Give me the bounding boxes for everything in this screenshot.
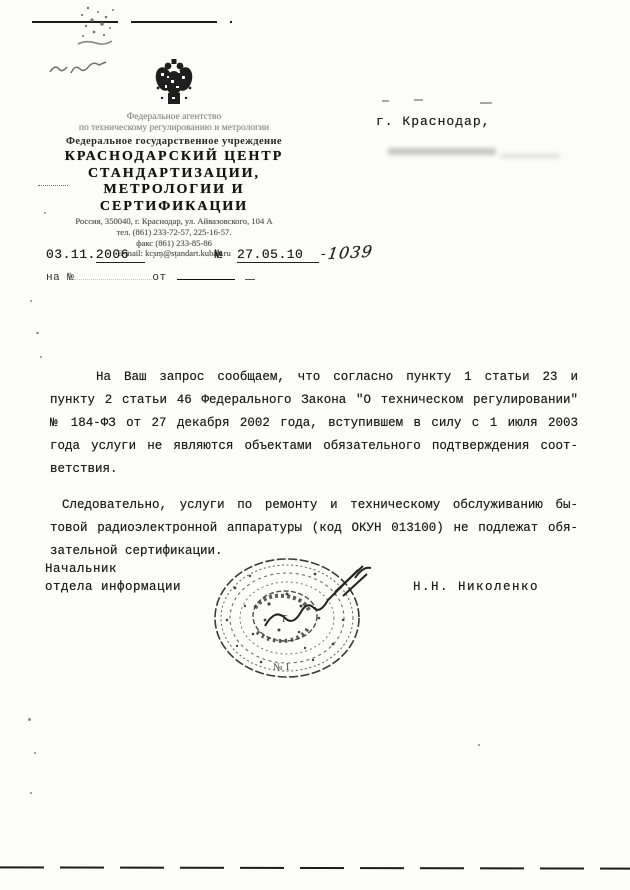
org-name-line2: СТАНДАРТИЗАЦИИ, <box>28 167 320 181</box>
reply-reference-row: на №от <box>46 272 255 284</box>
scan-speck <box>34 752 36 754</box>
reply-label: на № <box>46 272 74 284</box>
letter-date-prefix: 03.11. <box>46 247 96 262</box>
scan-speck <box>40 356 42 358</box>
body-line: ветствия. <box>50 458 578 481</box>
scan-smudge-top-left <box>58 2 168 58</box>
org-name-line3: МЕТРОЛОГИИ И <box>28 183 320 197</box>
scanned-letter-page: Федеральное агентство по техническому ре… <box>0 0 630 890</box>
scan-speck <box>478 744 480 746</box>
letterhead: Федеральное агентство по техническому ре… <box>28 55 320 259</box>
agency-name-line1: Федеральное агентство <box>28 112 320 123</box>
scan-speck <box>28 718 31 721</box>
reply-dash-mark <box>245 279 255 280</box>
signer-title-line2: отдела информации <box>45 578 181 596</box>
reply-of-label: от <box>152 272 166 284</box>
scan-speck <box>30 300 32 302</box>
agency-name-line2: по техническому регулированию и метролог… <box>28 123 320 134</box>
number-label: № <box>215 247 223 262</box>
body-line: пункту 2 статьи 46 Федерального Закона "… <box>50 389 578 412</box>
institution-type: Федеральное государственное учреждение <box>28 136 320 147</box>
scan-speck <box>36 332 39 334</box>
org-phone: тел. (861) 233-72-57, 225-16-57. <box>28 227 320 238</box>
body-line: года услуги не являются объектами обязат… <box>50 435 578 458</box>
recipient-faded-line <box>388 148 496 155</box>
org-name-line1: КРАСНОДАРСКИЙ ЦЕНТР <box>28 150 320 164</box>
body-line: Следовательно, услуги по ремонту и техни… <box>50 494 578 517</box>
body-line: № 184-ФЗ от 27 декабря 2002 года, вступи… <box>50 412 578 435</box>
reference-row: 03.11.2006....№27.05.10-1039 <box>46 243 386 262</box>
scan-speck <box>44 212 46 214</box>
org-name-line4: СЕРТИФИКАЦИИ <box>28 200 320 214</box>
signer-title-line1: Начальник <box>45 560 181 578</box>
scan-dots: .... <box>151 251 181 261</box>
letter-date-year: 2006 <box>96 247 145 263</box>
signer-name: Н.Н. Николенко <box>413 580 539 594</box>
letter-number-handwritten: 1039 <box>326 242 373 263</box>
signer-title: Начальник отдела информации <box>45 560 181 596</box>
scan-bottom-broken-line <box>0 866 630 869</box>
recipient-block: г. Краснодар, <box>376 92 586 129</box>
recipient-faded-line-2 <box>500 154 560 158</box>
letter-number-typed: 27.05.10 <box>237 247 319 263</box>
body-line: товой радиоэлектронной аппаратуры (код О… <box>50 517 578 540</box>
recipient-city: г. Краснодар, <box>376 114 586 129</box>
letter-body: На Ваш запрос сообщаем, что согласно пун… <box>50 366 578 563</box>
coat-of-arms-eagle-icon <box>152 55 196 110</box>
org-address: Россия, 350040, г. Краснодар, ул. Айвазо… <box>28 216 320 227</box>
reply-number-blank <box>74 279 152 280</box>
body-line: На Ваш запрос сообщаем, что согласно пун… <box>50 366 578 389</box>
reply-date-blank <box>177 279 235 280</box>
round-stamp: № 1 Т <box>195 548 430 698</box>
stamp-number-label: № 1 <box>273 662 290 673</box>
paragraph-1: На Ваш запрос сообщаем, что согласно пун… <box>50 366 578 481</box>
scan-speck <box>30 792 32 794</box>
